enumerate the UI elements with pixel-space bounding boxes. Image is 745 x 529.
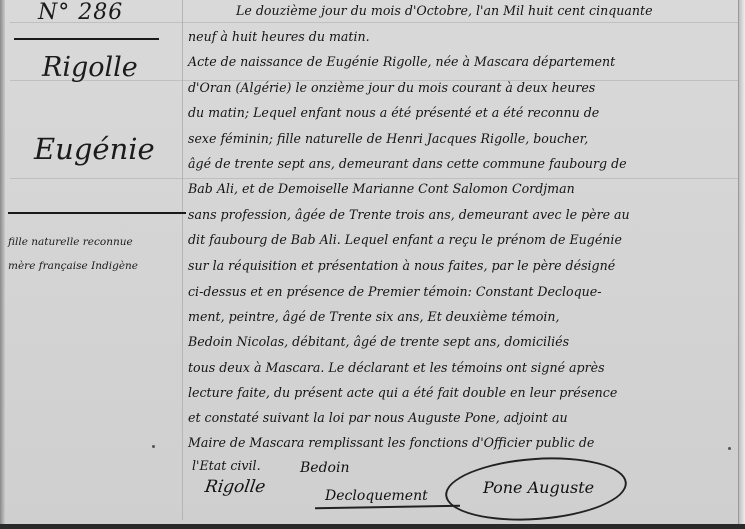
body-line: l'Etat civil. [192,458,261,473]
body-line: et constaté suivant la loi par nous Augu… [188,410,568,425]
body-line: ment, peintre, âgé de Trente six ans, Et… [188,309,560,324]
signature-flourish [315,505,460,510]
body-line: sur la réquisition et présentation à nou… [188,258,615,273]
paper-speck [152,445,155,448]
body-line: du matin; Lequel enfant nous a été prése… [188,105,599,120]
margin-divider-line [8,212,186,214]
signature-witness-decloquement: Decloquement [325,488,428,504]
civil-record-page: N° 286 Rigolle Eugénie fille naturelle r… [0,0,745,529]
signature-declarant: Rigolle [204,477,267,497]
record-given-name: Eugénie [34,132,155,166]
body-line: Le douzième jour du mois d'Octobre, l'an… [236,3,653,18]
body-line: âgé de trente sept ans, demeurant dans c… [188,156,627,171]
margin-divider [182,0,183,520]
body-line: sans profession, âgée de Trente trois an… [188,207,630,222]
body-line: tous deux à Mascara. Le déclarant et les… [188,360,605,375]
body-line: Maire de Mascara remplissant les fonctio… [188,435,594,450]
ruled-line [10,178,738,179]
body-line: lecture faite, du présent acte qui a été… [188,385,617,400]
paper-speck [728,447,731,450]
margin-note-line: mère française Indigène [8,260,138,272]
signature-officer: Pone Auguste [483,478,594,497]
number-divider [14,38,159,40]
body-line: Bab Ali, et de Demoiselle Marianne Cont … [188,181,575,196]
page-right-edge [738,0,745,529]
body-line: dit faubourg de Bab Ali. Lequel enfant a… [188,232,622,247]
record-surname: Rigolle [42,52,138,83]
body-line: d'Oran (Algérie) le onzième jour du mois… [188,80,595,95]
margin-note-line: fille naturelle reconnue [8,236,133,248]
body-line: sexe féminin; fille naturelle de Henri J… [188,131,588,146]
body-line: Acte de naissance de Eugénie Rigolle, né… [188,54,615,69]
page-bottom-edge [0,524,745,529]
page-left-edge [0,0,5,529]
record-number: N° 286 [38,0,123,25]
body-line: ci-dessus et en présence de Premier témo… [188,284,601,299]
body-line: neuf à huit heures du matin. [188,29,370,44]
signature-witness-bedoin: Bedoin [300,460,349,476]
body-line: Bedoin Nicolas, débitant, âgé de trente … [188,334,569,349]
